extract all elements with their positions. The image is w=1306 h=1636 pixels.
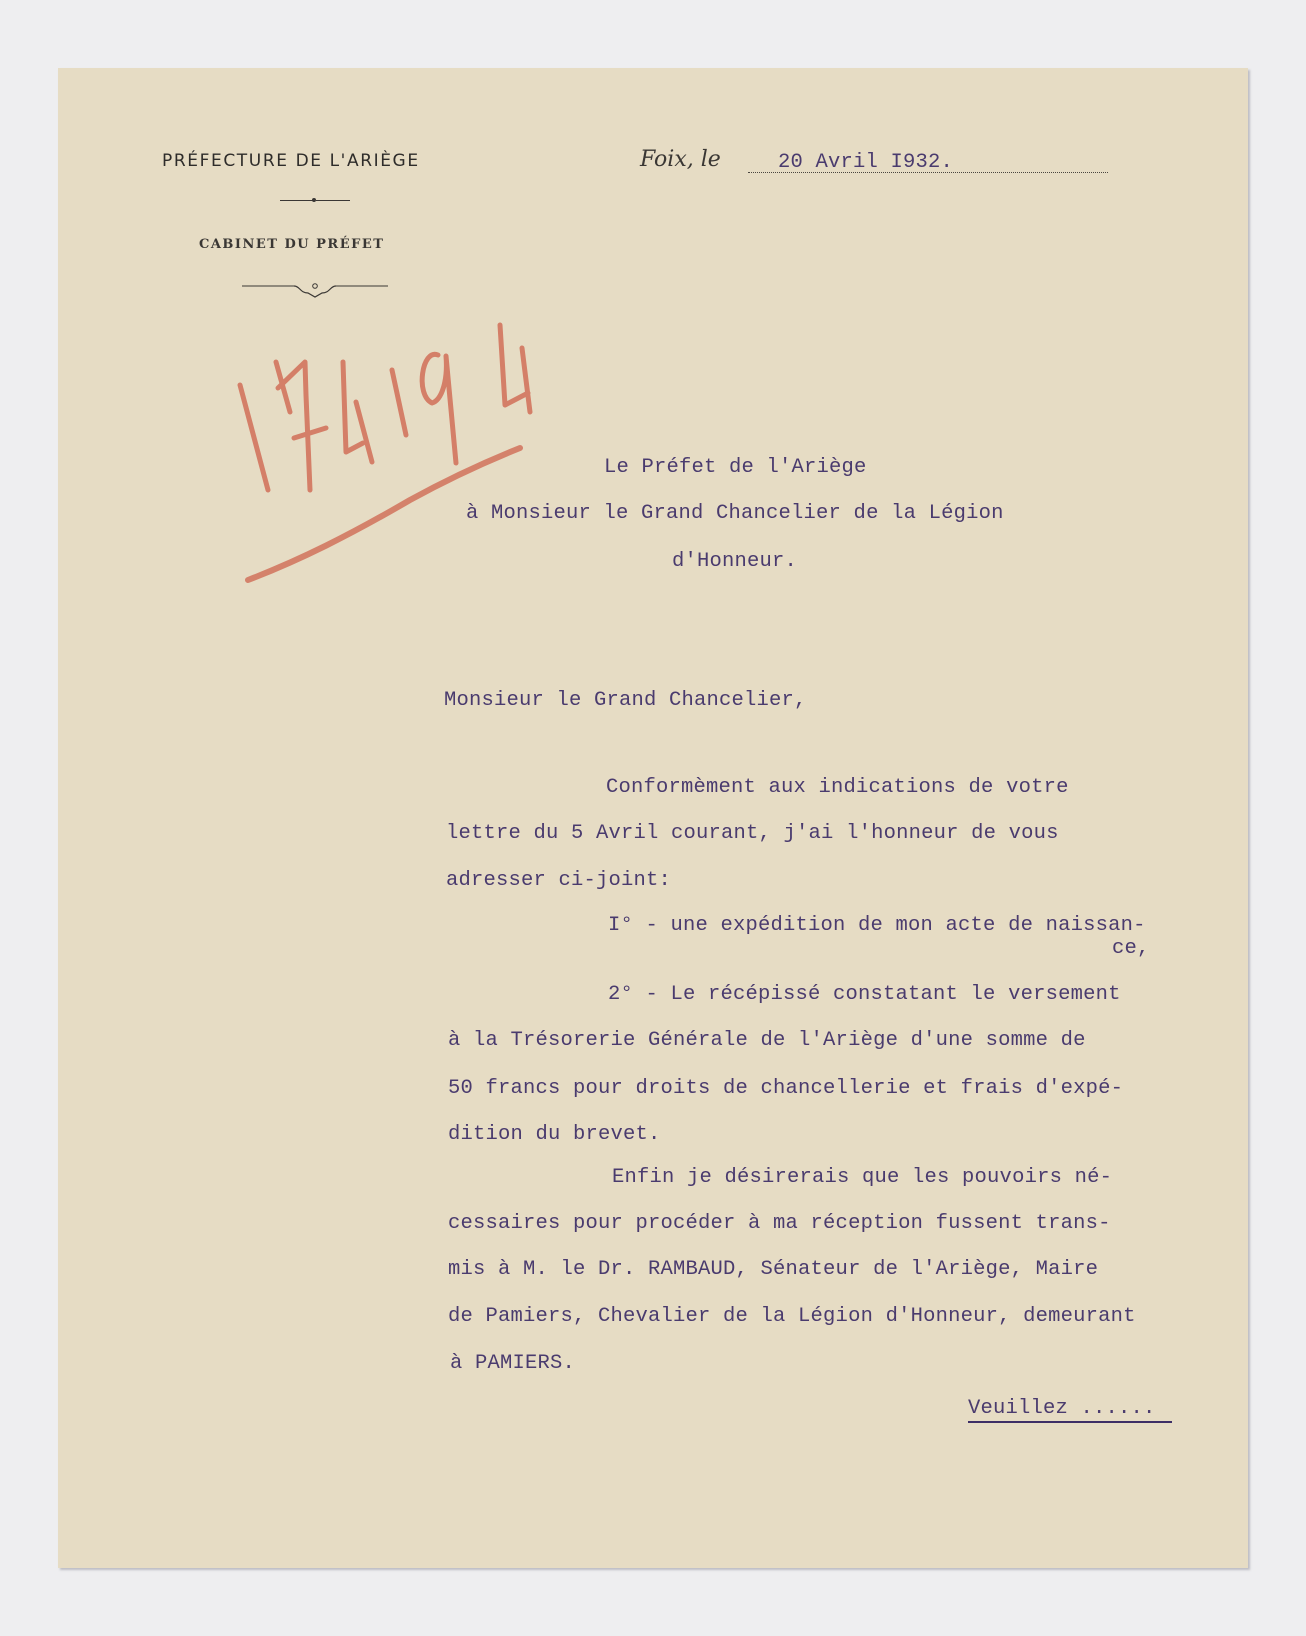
body-line: cessaires pour procéder à ma réception f…: [448, 1212, 1111, 1235]
heading-rule-left: [280, 200, 314, 201]
body-line: Conformèment aux indications de votre: [606, 776, 1069, 799]
body-line: dition du brevet.: [448, 1123, 661, 1146]
enclosure-item-2: 2° - Le récépissé constatant le versemen…: [608, 983, 1121, 1006]
flourish-ornament-icon: [242, 280, 388, 302]
place-label: Foix, le: [640, 147, 721, 172]
cabinet-heading: CABINET DU PRÉFET: [199, 237, 384, 252]
body-line: à PAMIERS.: [450, 1352, 575, 1375]
continuation-underline: [968, 1421, 1172, 1423]
body-line: adresser ci-joint:: [446, 869, 671, 892]
body-line: lettre du 5 Avril courant, j'ai l'honneu…: [446, 822, 1059, 845]
salutation: Monsieur le Grand Chancelier,: [444, 689, 807, 712]
prefecture-heading: PRÉFECTURE DE L'ARIÈGE: [162, 151, 420, 171]
letter-date: 20 Avril I932.: [778, 151, 953, 174]
enclosure-item-1-cont: ce,: [1112, 937, 1150, 960]
recipient-line-cont: d'Honneur.: [672, 550, 797, 573]
sender-line: Le Préfet de l'Ariège: [604, 456, 867, 479]
body-line: mis à M. le Dr. RAMBAUD, Sénateur de l'A…: [448, 1258, 1098, 1281]
body-line: de Pamiers, Chevalier de la Légion d'Hon…: [448, 1305, 1136, 1328]
body-line: Enfin je désirerais que les pouvoirs né-: [612, 1166, 1112, 1189]
recipient-line: à Monsieur le Grand Chancelier de la Lég…: [466, 502, 1004, 525]
body-line: 50 francs pour droits de chancellerie et…: [448, 1077, 1123, 1100]
body-line: à la Trésorerie Générale de l'Ariège d'u…: [448, 1029, 1086, 1052]
letter-page: [58, 68, 1248, 1568]
enclosure-item-1: I° - une expédition de mon acte de naiss…: [608, 914, 1146, 937]
heading-rule-right: [316, 200, 350, 201]
continuation-text: Veuillez ......: [968, 1397, 1156, 1420]
